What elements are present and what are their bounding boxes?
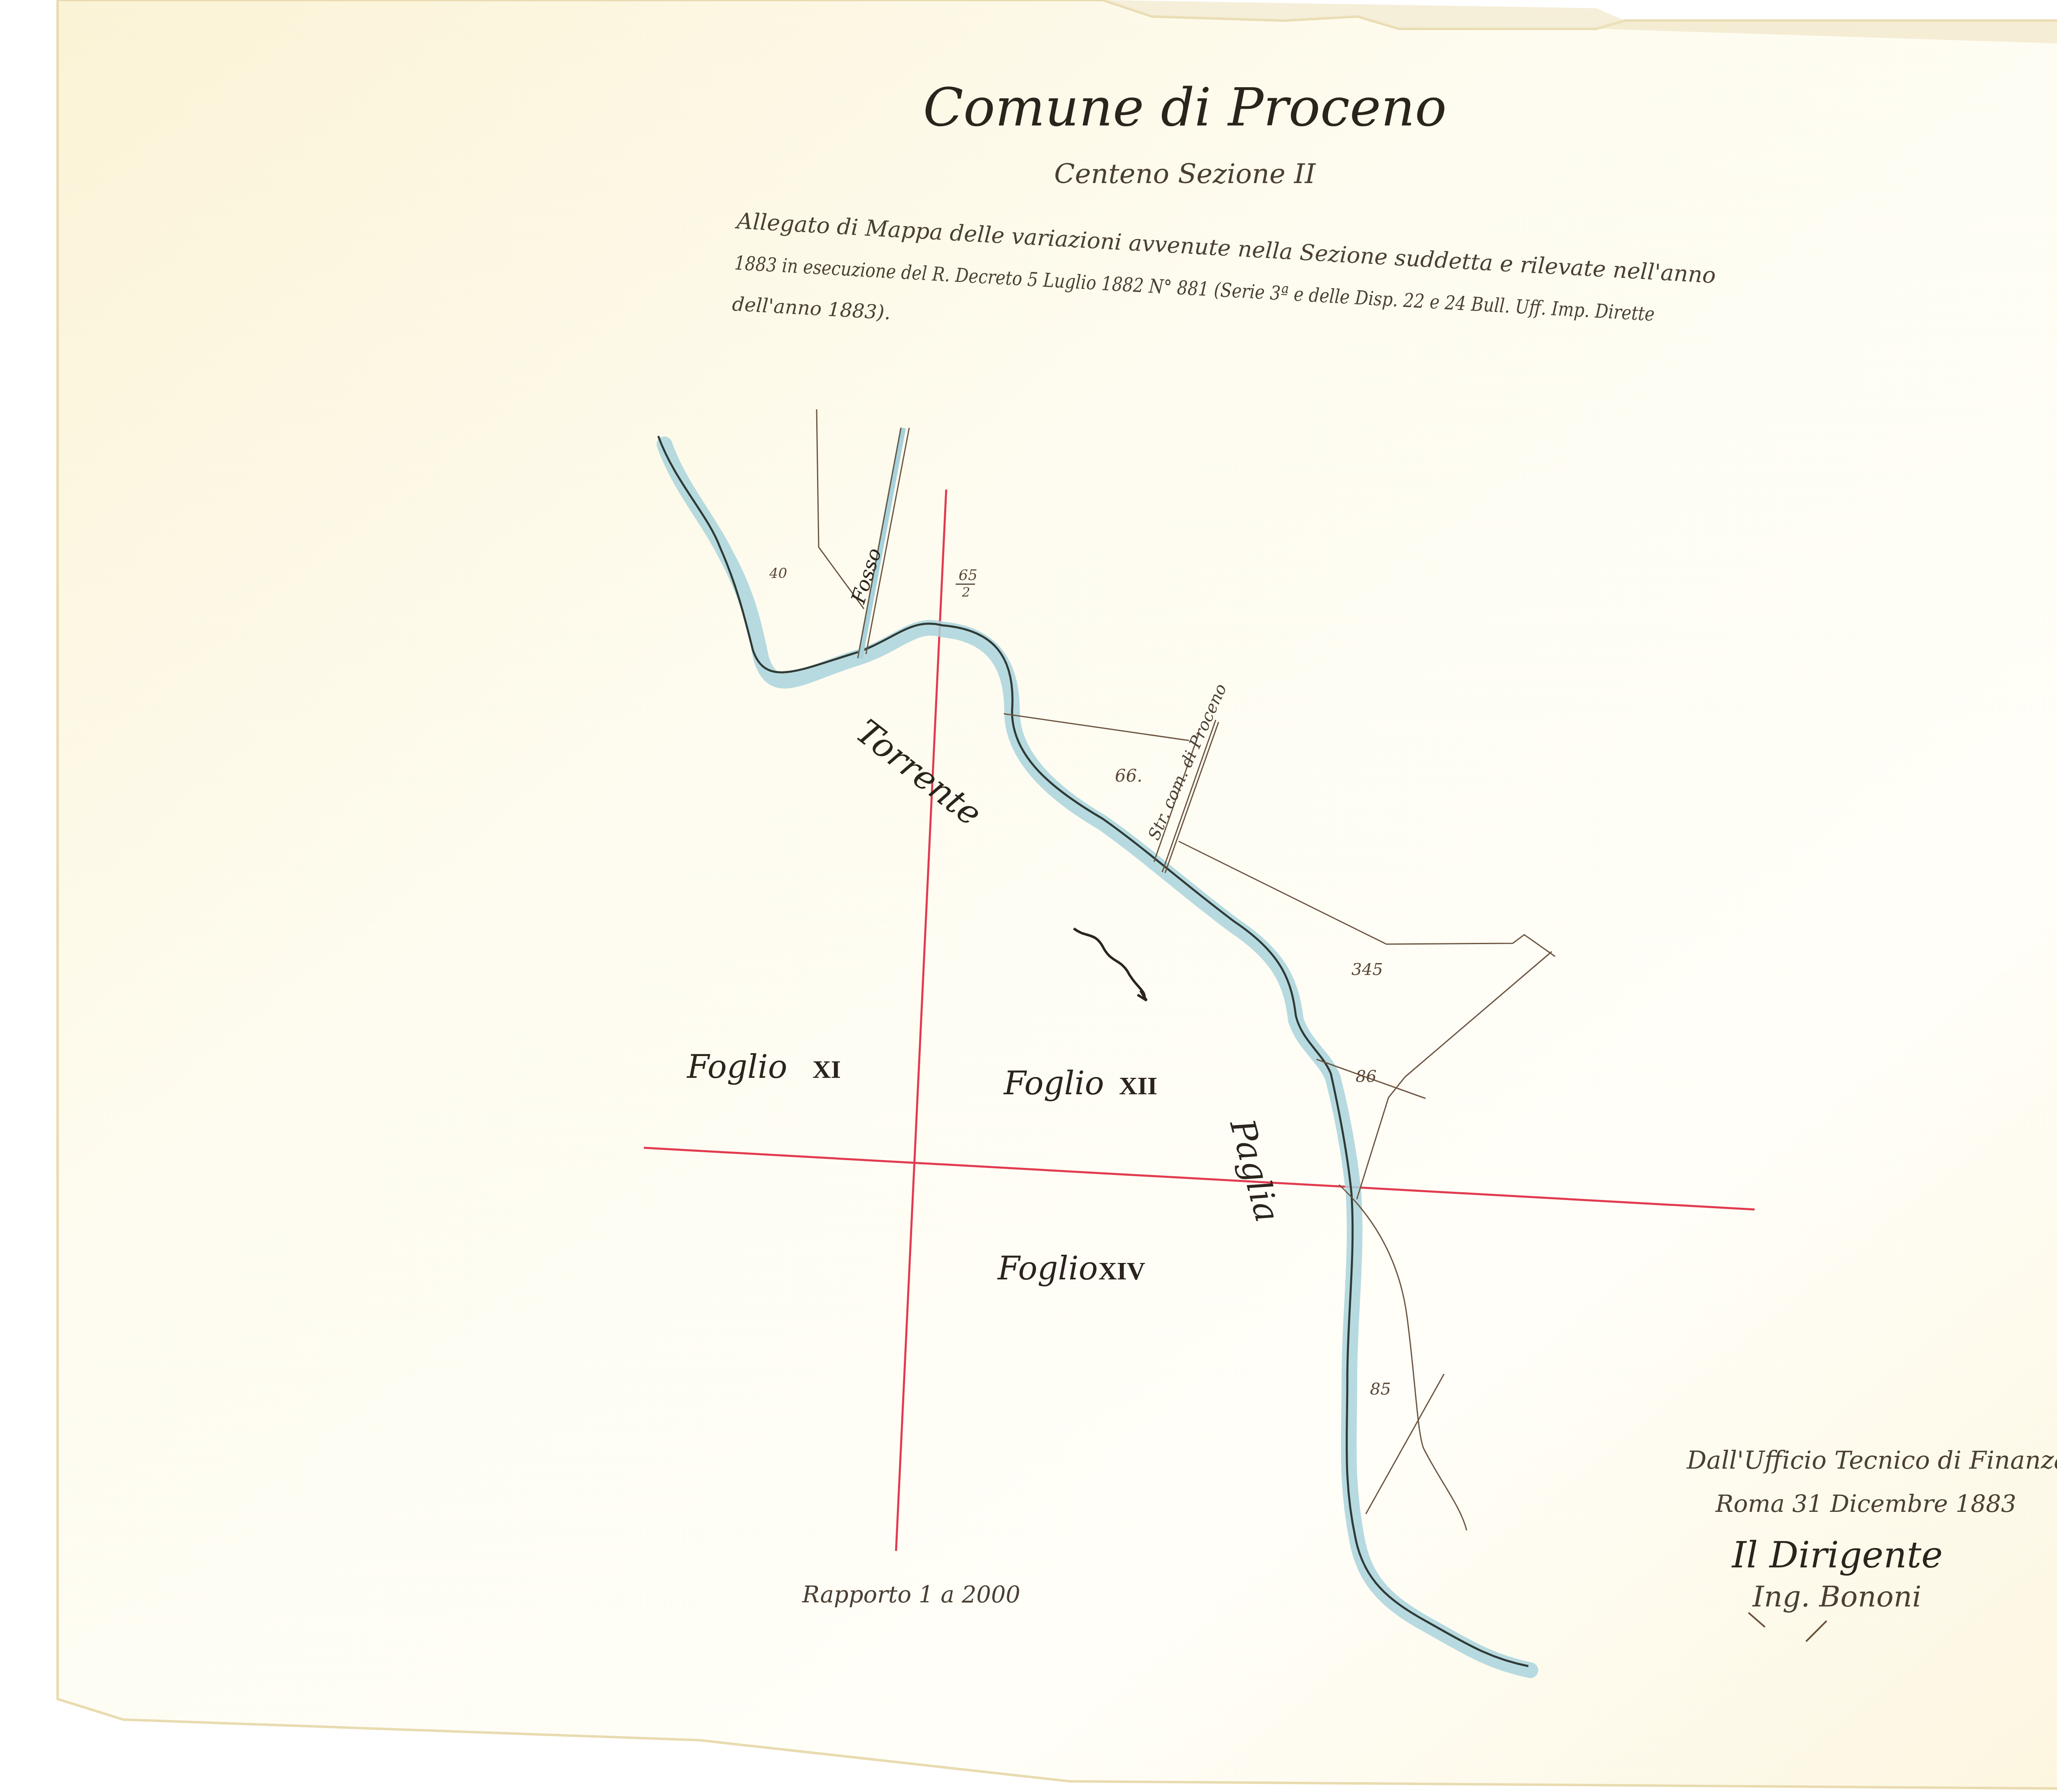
paper-sheet [58, 0, 2057, 1790]
sheet-number: XII [1119, 1072, 1157, 1100]
scale-note: Rapporto 1 a 2000 [802, 1581, 1020, 1608]
document-subtitle: Centeno Sezione II [1054, 158, 1316, 190]
sheet-number: XIV [1098, 1257, 1145, 1285]
document-title: Comune di Proceno [923, 77, 1447, 138]
issuing-office: Dall'Ufficio Tecnico di Finanza [1686, 1446, 2057, 1475]
parcel-number-345: 345 [1351, 960, 1383, 979]
parcel-number-85: 85 [1370, 1380, 1391, 1399]
sheet-word: Foglio [997, 1250, 1098, 1287]
parcel-number-86: 86 [1356, 1067, 1377, 1086]
sheet-word: Foglio [686, 1049, 787, 1086]
grid-marker-numerator: 65 [959, 567, 977, 584]
place-and-date: Roma 31 Dicembre 1883 [1715, 1490, 2016, 1518]
signatory-role: Il Dirigente [1731, 1534, 1943, 1576]
cadastral-map-sheet: Comune di Proceno Centeno Sezione II All… [0, 0, 2057, 1792]
parcel-number-66: 66. [1115, 766, 1142, 786]
parcel-number-40: 40 [769, 565, 787, 582]
handwritten-signature: Ing. Bononi [1752, 1580, 1921, 1613]
grid-marker-denominator: 2 [961, 584, 970, 600]
sheet-word: Foglio [1003, 1065, 1104, 1102]
sheet-number: XI [813, 1056, 841, 1084]
